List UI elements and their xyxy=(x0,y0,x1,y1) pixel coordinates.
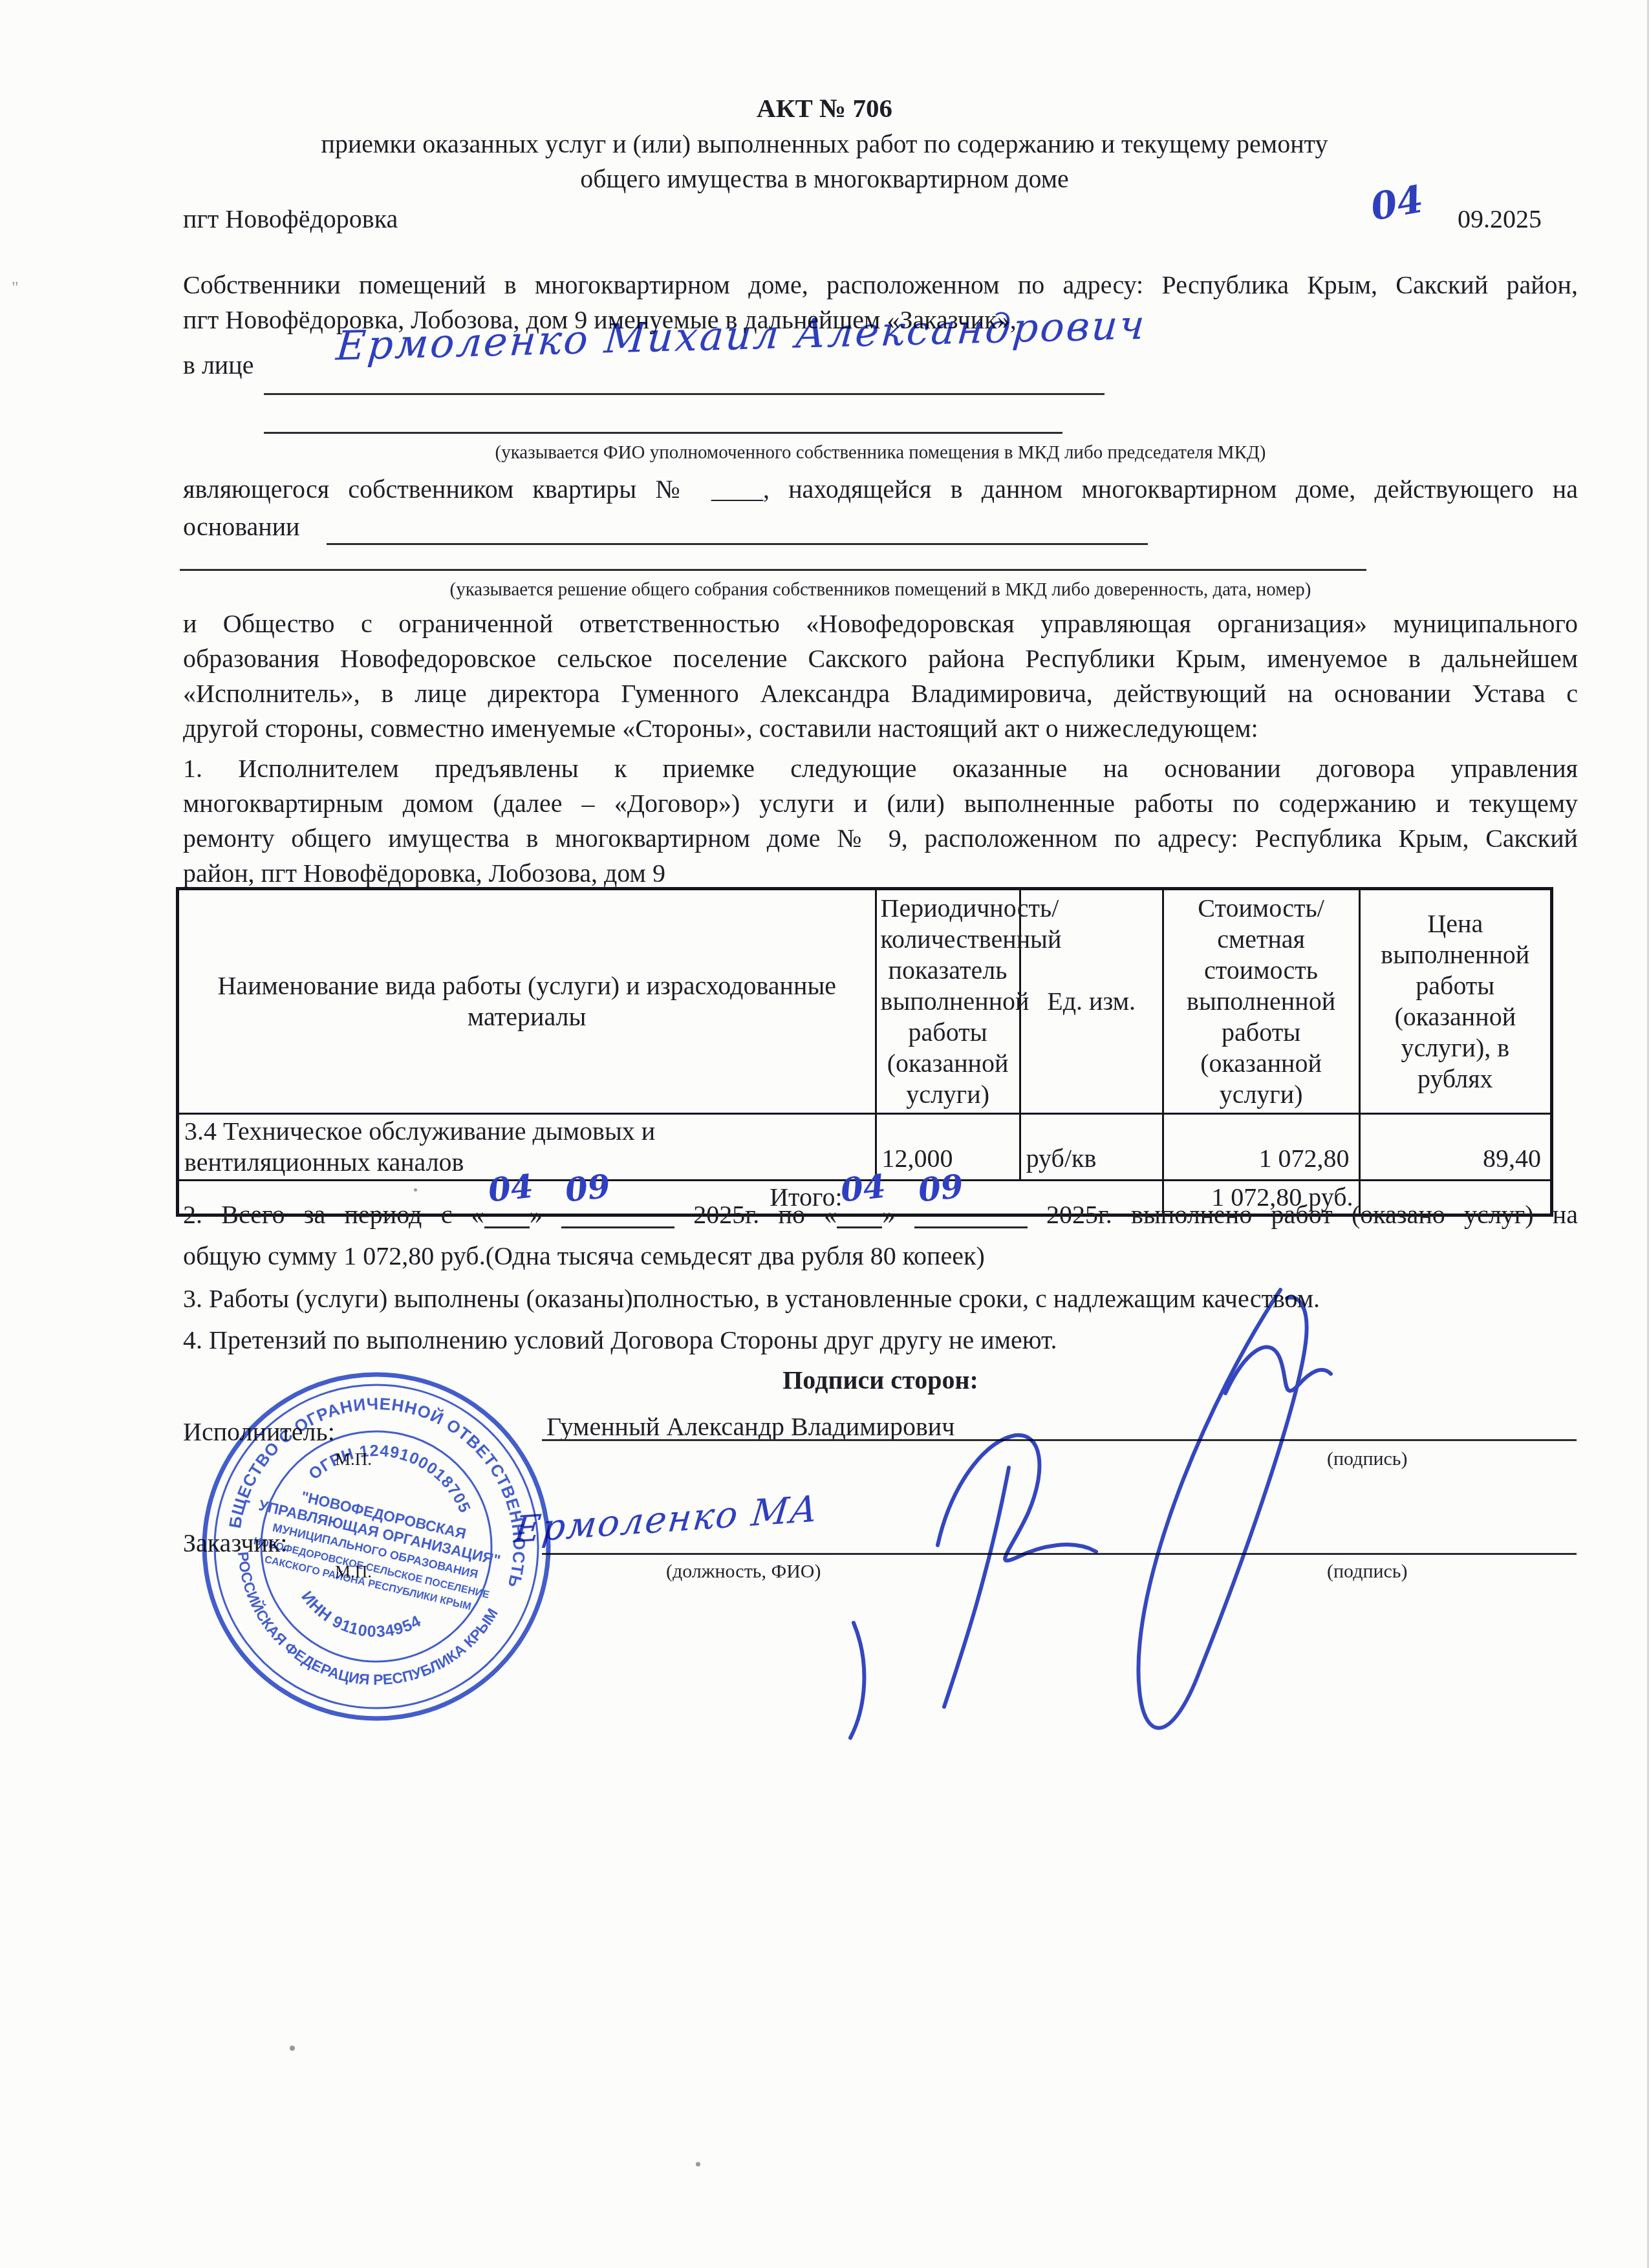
scan-speck-mark: " xyxy=(12,278,19,297)
handwritten-day2: 04 xyxy=(839,1169,888,1208)
col-header-cost: Стоимость/сметная стоимость выполненной … xyxy=(1163,889,1359,1114)
handwritten-month2: 09 xyxy=(916,1169,965,1208)
item1-line-2: многоквартирным домом (далее – «Договор»… xyxy=(183,786,1578,821)
day2-blank: 04 xyxy=(837,1199,882,1228)
col-header-price: Цена выполненной работы (оказанной услуг… xyxy=(1359,889,1552,1114)
table-header-row: Наименование вида работы (услуги) и изра… xyxy=(178,889,1552,1114)
handwritten-day1: 04 xyxy=(486,1169,535,1208)
fio-caption: (указывается ФИО уполномоченного собстве… xyxy=(183,442,1578,464)
document-title: АКТ № 706 xyxy=(0,91,1649,125)
executor-signature-flourish xyxy=(970,1261,1390,1778)
item1-line-1: 1. Исполнителем предъявлены к приемке сл… xyxy=(183,751,1578,786)
scan-speck xyxy=(290,2046,295,2051)
owner-line: являющегося собственником квартиры № ___… xyxy=(183,472,1578,507)
col-header-period: Периодичность/ количественный показатель… xyxy=(876,889,1020,1114)
section2-line-1: 2. Всего за период с «04» 09 2025г. по «… xyxy=(183,1197,1578,1232)
scan-speck xyxy=(696,2162,700,2166)
day1-blank: 04 xyxy=(484,1199,530,1228)
intro-line-1: Собственники помещений в многоквартирном… xyxy=(183,268,1578,303)
section2-seg-c: 2025г. по « xyxy=(693,1200,837,1229)
section2-seg-a: 2. Всего за период с « xyxy=(183,1200,484,1229)
col-header-name: Наименование вида работы (услуги) и изра… xyxy=(178,889,876,1114)
place-label: пгт Новофёдоровка xyxy=(183,202,398,237)
scanned-act-document: АКТ № 706 приемки оказанных услуг и (или… xyxy=(0,0,1649,2268)
company-line-2: образования Новофедоровское сельское пос… xyxy=(183,641,1578,676)
scan-speck xyxy=(414,1188,417,1192)
document-subtitle-line1: приемки оказанных услуг и (или) выполнен… xyxy=(0,127,1649,162)
work-price-cell: 89,40 xyxy=(1359,1114,1552,1181)
company-line-3: «Исполнитель», в лице директора Гуменног… xyxy=(183,676,1578,711)
item1-line-3: ремонту общего имущества в многоквартирн… xyxy=(183,821,1578,856)
month1-blank: 09 xyxy=(561,1199,674,1228)
resolution-blank-line xyxy=(180,535,1366,571)
month2-blank: 09 xyxy=(914,1199,1028,1228)
works-table: Наименование вида работы (услуги) и изра… xyxy=(176,887,1553,1217)
work-cost-cell: 1 072,80 xyxy=(1163,1114,1359,1181)
company-line-4: другой стороны, совместно именуемые «Сто… xyxy=(183,711,1578,746)
handwritten-month1: 09 xyxy=(563,1169,612,1208)
resolution-caption: (указывается решение общего собрания соб… xyxy=(183,579,1578,601)
work-unit-cell: руб/кв xyxy=(1020,1114,1163,1181)
company-line-1: и Общество с ограниченной ответственност… xyxy=(183,606,1578,641)
printed-date: 09.2025 xyxy=(1458,202,1542,237)
section2-seg-e: 2025г. выполнено работ (оказано услуг) н… xyxy=(1046,1200,1578,1229)
handwritten-day: 04 xyxy=(1368,177,1427,230)
item1-line-4: район, пгт Новофёдоровка, Лобозова, дом … xyxy=(183,856,1578,891)
v-lice-label: в лице xyxy=(183,348,253,383)
owner-name-blank-line-2 xyxy=(264,396,1062,434)
